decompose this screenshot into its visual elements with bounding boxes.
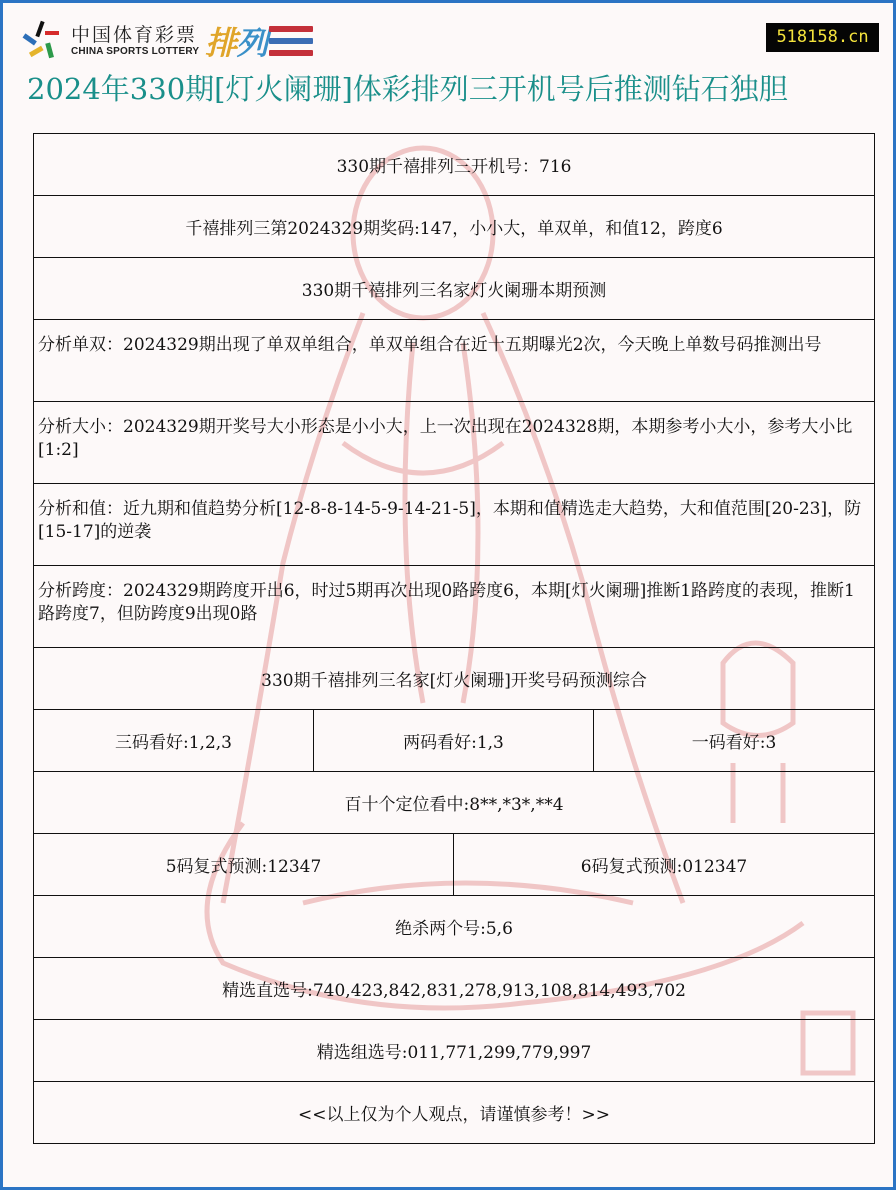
position-pick-cell: 百十个定位看中:8**,*3*,**4 (34, 772, 875, 834)
china-sports-lottery-logo: 中国体育彩票 CHINA SPORTS LOTTERY 排 列 (21, 19, 313, 63)
two-code-cell: 两码看好:1,3 (314, 710, 594, 772)
summary-title-cell: 330期千禧排列三名家[灯火阑珊]开奖号码预测综合 (34, 648, 875, 710)
logo-chinese-text: 中国体育彩票 (71, 24, 199, 46)
site-badge: 518158.cn (766, 23, 879, 52)
last-draw-cell: 千禧排列三第2024329期奖码:147，小小大，单双单，和值12，跨度6 (34, 196, 875, 258)
disclaimer-cell: <<以上仅为个人观点，请谨慎参考！>> (34, 1082, 875, 1144)
table-row: 330期千禧排列三名家灯火阑珊本期预测 (34, 258, 875, 320)
prediction-table: 330期千禧排列三开机号：716 千禧排列三第2024329期奖码:147，小小… (33, 133, 875, 1144)
table-row: 5码复式预测:12347 6码复式预测:012347 (34, 834, 875, 896)
table-row: 百十个定位看中:8**,*3*,**4 (34, 772, 875, 834)
table-row: 绝杀两个号:5,6 (34, 896, 875, 958)
logo-game-char-1: 排 (205, 18, 236, 64)
table-row: 精选组选号:011,771,299,779,997 (34, 1020, 875, 1082)
direct-picks-cell: 精选直选号:740,423,842,831,278,913,108,814,49… (34, 958, 875, 1020)
table-row: 三码看好:1,2,3 两码看好:1,3 一码看好:3 (34, 710, 875, 772)
group-picks-cell: 精选组选号:011,771,299,779,997 (34, 1020, 875, 1082)
one-code-cell: 一码看好:3 (594, 710, 875, 772)
analysis-span-cell: 分析跨度：2024329期跨度开出6，时过5期再次出现0路跨度6，本期[灯火阑珊… (34, 566, 875, 648)
table-row: 330期千禧排列三开机号：716 (34, 134, 875, 196)
section-title-cell: 330期千禧排列三名家灯火阑珊本期预测 (34, 258, 875, 320)
logo-english-text: CHINA SPORTS LOTTERY (71, 46, 199, 58)
three-code-cell: 三码看好:1,2,3 (34, 710, 314, 772)
page-frame: 中国体育彩票 CHINA SPORTS LOTTERY 排 列 518158.c… (0, 0, 896, 1190)
table-row: 分析单双：2024329期出现了单双单组合，单双单组合在近十五期曝光2次，今天晚… (34, 320, 875, 402)
five-code-combo-cell: 5码复式预测:12347 (34, 834, 454, 896)
lottery-star-icon (21, 19, 67, 63)
analysis-sum-cell: 分析和值：近九期和值趋势分析[12-8-8-14-5-9-14-21-5]，本期… (34, 484, 875, 566)
page-title: 2024年330期[灯火阑珊]体彩排列三开机号后推测钻石独胆 (27, 67, 887, 111)
table-row: 分析和值：近九期和值趋势分析[12-8-8-14-5-9-14-21-5]，本期… (34, 484, 875, 566)
table-row: 千禧排列三第2024329期奖码:147，小小大，单双单，和值12，跨度6 (34, 196, 875, 258)
open-number-cell: 330期千禧排列三开机号：716 (34, 134, 875, 196)
table-row: 精选直选号:740,423,842,831,278,913,108,814,49… (34, 958, 875, 1020)
table-row: 分析跨度：2024329期跨度开出6，时过5期再次出现0路跨度6，本期[灯火阑珊… (34, 566, 875, 648)
six-code-combo-cell: 6码复式预测:012347 (454, 834, 875, 896)
analysis-odd-even-cell: 分析单双：2024329期出现了单双单组合，单双单组合在近十五期曝光2次，今天晚… (34, 320, 875, 402)
logo-san-bars-icon (269, 26, 313, 56)
kill-two-cell: 绝杀两个号:5,6 (34, 896, 875, 958)
pailie-san-logo: 排 列 (205, 18, 313, 64)
logo-game-char-2: 列 (236, 18, 267, 64)
analysis-size-cell: 分析大小：2024329期开奖号大小形态是小小大，上一次出现在2024328期，… (34, 402, 875, 484)
table-row: 分析大小：2024329期开奖号大小形态是小小大，上一次出现在2024328期，… (34, 402, 875, 484)
table-row: 330期千禧排列三名家[灯火阑珊]开奖号码预测综合 (34, 648, 875, 710)
table-row: <<以上仅为个人观点，请谨慎参考！>> (34, 1082, 875, 1144)
page-header: 中国体育彩票 CHINA SPORTS LOTTERY 排 列 518158.c… (3, 3, 896, 133)
